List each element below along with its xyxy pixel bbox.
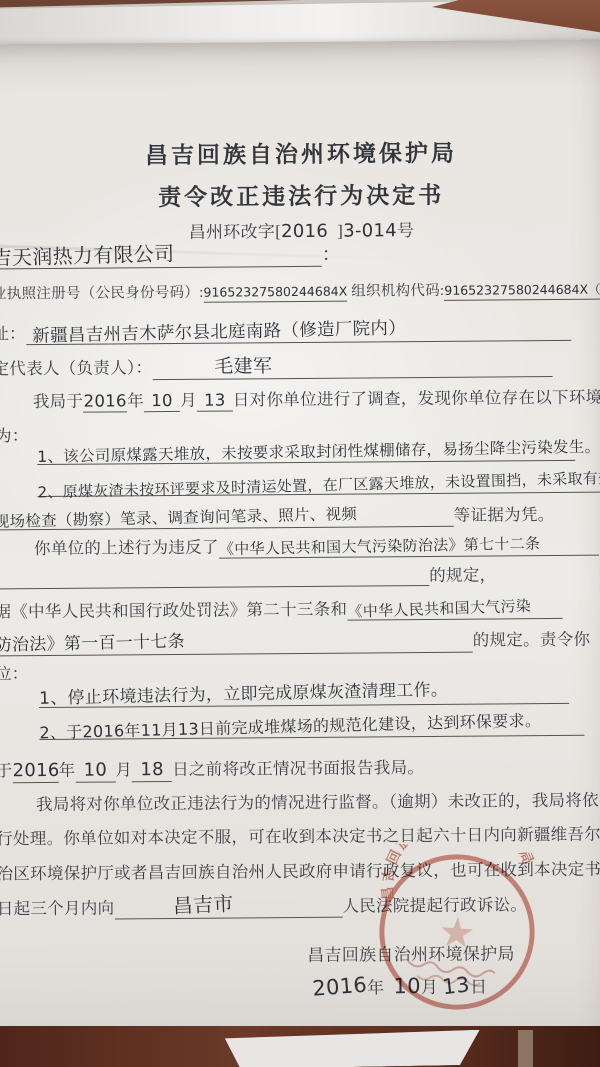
violation-law-handwritten: 《中华人民共和国大气污染防治法》第七十二条 xyxy=(219,535,541,558)
photo-of-document: 昌吉回族自治州环境保护局 责令改正违法行为决定书 昌州环改字[2016 ]3-0… xyxy=(0,0,600,1067)
desk-reflection-stripe xyxy=(518,1030,533,1067)
violation-tail: 的规定， xyxy=(429,565,496,585)
address-line: 址：新疆昌吉州吉木萨尔县北庭南路（修造厂院内） xyxy=(0,316,571,346)
legal-rep-line: 定代表人（负责人）：毛建军 xyxy=(0,351,552,381)
report-day-handwritten: 18 xyxy=(140,760,164,781)
report-text-3: 月 xyxy=(115,760,132,779)
finding-1-line: 1、该公司原煤露天堆放，未按要求采取封闭性煤棚储存，易扬尘降尘污染发生。 xyxy=(37,440,575,465)
doc-no-prefix: 昌州环改字[ xyxy=(189,222,282,242)
report-year-handwritten: 2016 xyxy=(12,761,59,782)
doc-no-bracket: ] xyxy=(328,222,343,241)
official-red-seal: 昌吉回族自治州环境保护局 ★ xyxy=(366,842,547,1021)
investigation-text-5: 为： xyxy=(0,426,29,445)
seal-script-squiggle xyxy=(408,961,496,978)
signature-year-handwritten: 2016 xyxy=(312,973,368,1001)
org-code-handwritten: 91652327580244684X（统一社会信用 xyxy=(444,282,600,298)
investigation-wrap: 为： xyxy=(0,422,29,446)
investigation-year-handwritten: 2016 xyxy=(84,392,127,411)
violation-line: 你单位的上述行为违反了《中华人民共和国大气污染防治法》第七十二条 xyxy=(34,531,599,560)
legal-rep-label: 定代表人（负责人）： xyxy=(0,358,152,378)
basis-tail: 的规定。责令你 xyxy=(473,630,591,650)
violation-tail-line: 的规定， xyxy=(0,561,496,589)
report-text-1: 于 xyxy=(0,761,13,780)
order-2-handwritten: 2、于2016年11月13日前完成堆煤场的规范化建设，达到环保要求。 xyxy=(39,712,541,743)
investigation-month-handwritten: 10 xyxy=(151,392,173,411)
registration-number-handwritten: 91652327580244684X xyxy=(203,285,347,301)
address-value-handwritten: 新疆昌吉州吉木萨尔县北庭南路（修造厂院内） xyxy=(26,318,406,346)
supervision-line-2: 行处理。你单位如对本决定不服，可在收到本决定书之日起六十日内向新疆维吾尔 xyxy=(0,821,600,850)
investigation-line: 我局于2016年10月13日对你单位进行了调查，发现你单位存在以下环境违法 xyxy=(33,383,600,413)
order-2-line: 2、于2016年11月13日前完成堆煤场的规范化建设，达到环保要求。 xyxy=(39,715,584,740)
lawsuit-lead: 日起三个月内向 xyxy=(0,898,114,918)
recipient-name-handwritten: 吉天润热力有限公司 xyxy=(0,242,175,270)
agency-title: 昌吉回族自治州环境保护局 xyxy=(1,134,600,172)
report-month-handwritten: 10 xyxy=(83,761,107,782)
order-1-handwritten: 1、停止环境违法行为，立即完成原煤灰渣清理工作。 xyxy=(39,681,448,709)
unit-label-line: 位： xyxy=(0,660,29,684)
investigation-text-1: 我局于 xyxy=(33,392,84,411)
basis-line-2: 防治法》第一百一十七条的规定。责令你 xyxy=(0,626,590,656)
basis-line-1: 据《中华人民共和国行政处罚法》第二十三条和《中华人民共和国大气污染 xyxy=(0,594,562,623)
basis-law-2-handwritten: 防治法》第一百一十七条 xyxy=(0,633,185,657)
court-name-handwritten: 昌吉市 xyxy=(114,892,234,920)
evidence-line: 现场检查（勘察）笔录、调查询问笔录、照片、视频等证据为凭。 xyxy=(0,501,555,530)
basis-lead: 据《中华人民共和国行政处罚法》第二十三条和 xyxy=(0,600,347,622)
evidence-handwritten: 现场检查（勘察）笔录、调查询问笔录、照片、视频 xyxy=(0,506,357,532)
evidence-suffix: 等证据为凭。 xyxy=(454,505,555,525)
report-text-4: 日之前将改正情况书面报告我局。 xyxy=(172,758,424,779)
order-1-line: 1、停止环境违法行为，立即完成原煤灰渣清理工作。 xyxy=(39,682,569,708)
seal-script-squiggle-2 xyxy=(417,975,481,986)
seal-star-icon: ★ xyxy=(437,908,477,957)
license-label: 业执照注册号（公民身份号码）: xyxy=(0,285,204,303)
report-text-2: 年 xyxy=(58,761,75,780)
finding-2-line: 2、原煤灰渣未按环评要求及时清运处置，在厂区露天堆放，未设置围挡，未采取有效覆盖… xyxy=(37,472,600,497)
supervision-line-1: 我局将对你单位改正违法行为的情况进行监督。（逾期）未改正的，我局将依法 xyxy=(36,787,600,816)
legal-rep-name-handwritten: 毛建军 xyxy=(152,356,272,379)
investigation-text-4: 日对你单位进行了调查，发现你单位存在以下环境违法 xyxy=(233,387,600,409)
recipient-colon: ： xyxy=(322,245,341,266)
address-label: 址： xyxy=(0,324,26,343)
investigation-day-handwritten: 13 xyxy=(204,392,226,411)
basis-law-1-handwritten: 《中华人民共和国大气污染 xyxy=(347,598,531,621)
document-title: 责令改正违法行为决定书 xyxy=(1,176,600,214)
report-deadline-line: 于2016年10月18日之前将改正情况书面报告我局。 xyxy=(0,754,424,783)
investigation-text-2: 年 xyxy=(127,391,144,410)
license-line: 业执照注册号（公民身份号码）:91652327580244684X 组织机构代码… xyxy=(0,277,600,304)
unit-label: 位： xyxy=(0,664,29,683)
investigation-text-3: 月 xyxy=(180,391,197,410)
doc-no-suffix: 号 xyxy=(397,221,414,240)
violation-lead: 你单位的上述行为违反了 xyxy=(34,538,219,558)
recipient-line: 吉天润热力有限公司： xyxy=(0,240,341,270)
org-code-label: 组织机构代码: xyxy=(351,283,444,300)
doc-no-serial-handwritten: 3-014 xyxy=(343,220,397,241)
finding-1-handwritten: 1、该公司原煤露天堆放，未按要求采取封闭性煤棚储存，易扬尘降尘污染发生。 xyxy=(37,439,600,467)
finding-2-handwritten: 2、原煤灰渣未按环评要求及时清运处置，在厂区露天堆放，未设置围挡，未采取有效覆盖… xyxy=(37,466,600,502)
